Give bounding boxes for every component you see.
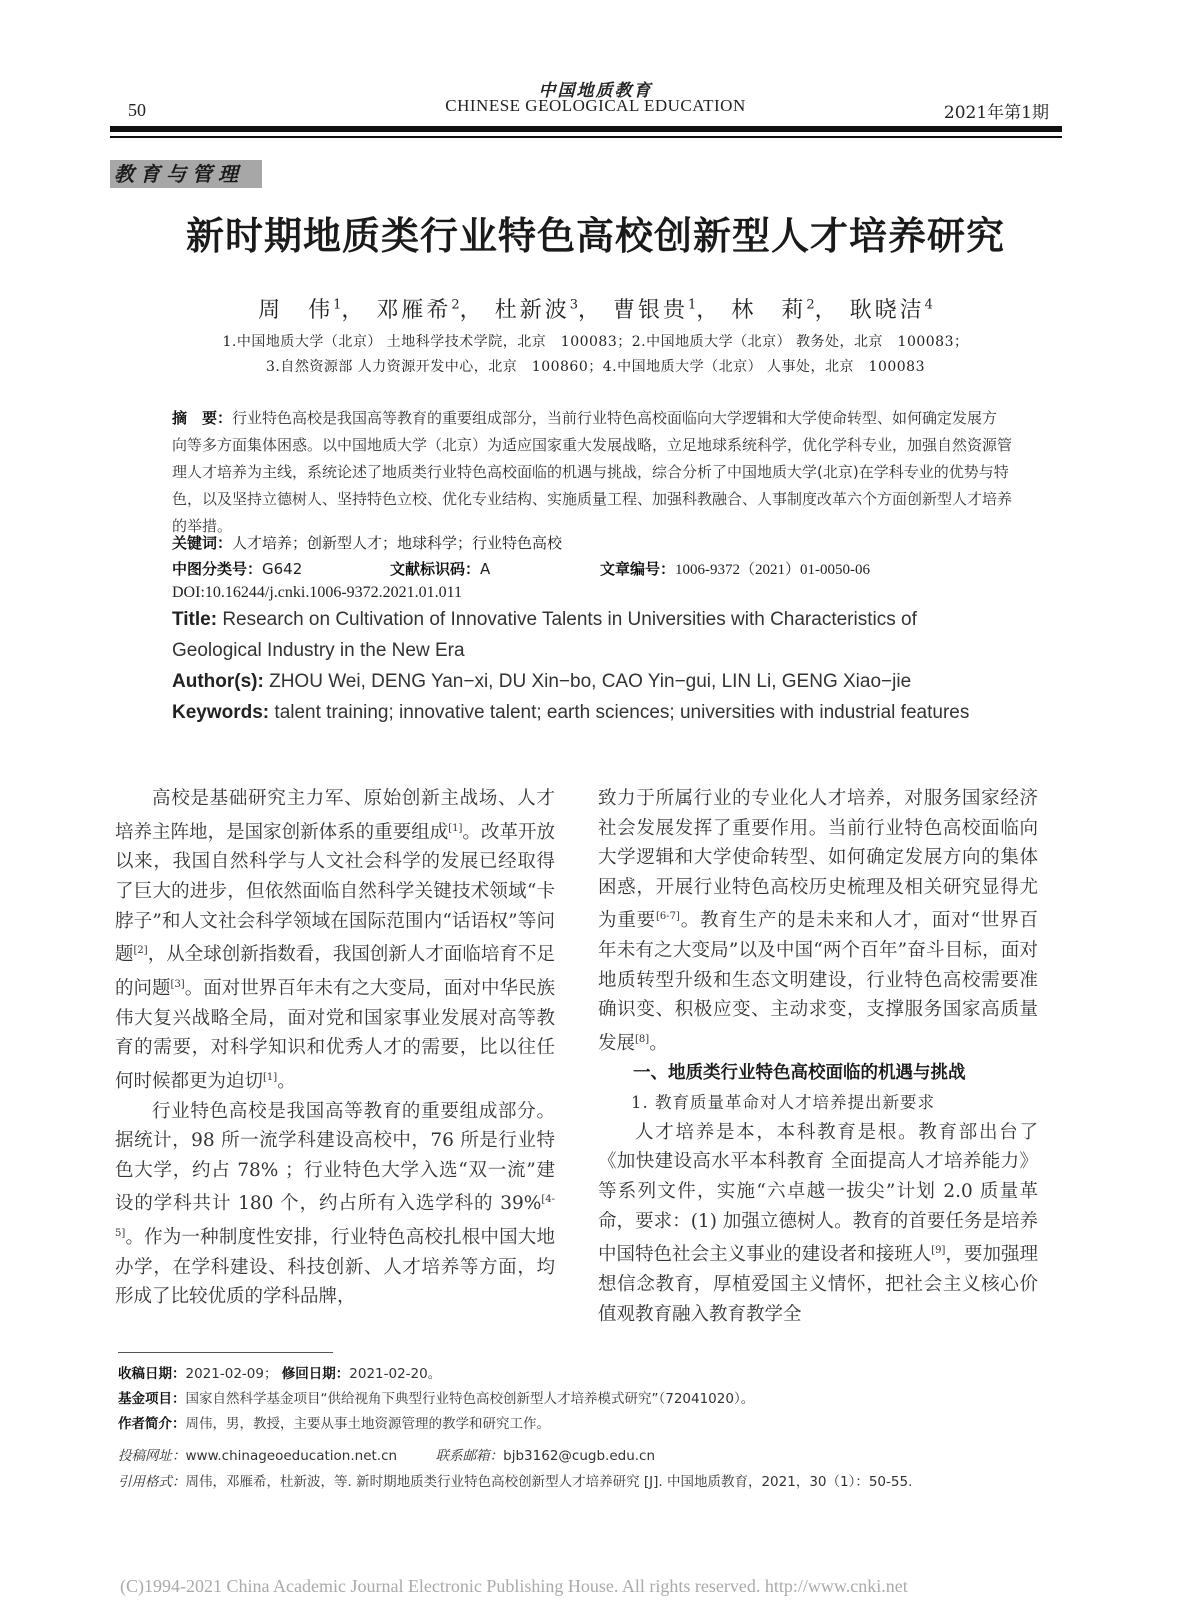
citation: [1] — [263, 1072, 277, 1083]
article-number: 文章编号：1006-9372（2021）01-0050-06 — [600, 558, 870, 579]
body-column-left: 高校是基础研究主力军、原始创新主战场、人才培养主阵地，是国家创新体系的重要组成[… — [115, 784, 555, 1312]
page-title: 新时期地质类行业特色高校创新型人才培养研究 — [0, 205, 1191, 260]
cite-label: 引用格式： — [118, 1474, 186, 1490]
english-keywords-label: Keywords: — [172, 702, 269, 723]
author-affil-sup: 2 — [806, 298, 814, 313]
english-authors: Author(s): ZHOU Wei, DENG Yan−xi, DU Xin… — [172, 666, 1002, 697]
abstract-label: 摘 要： — [172, 409, 232, 427]
citation: [9] — [931, 1245, 945, 1256]
website-label: 投稿网址： — [118, 1448, 186, 1464]
keywords-text: 人才培养；创新型人才；地球科学；行业特色高校 — [232, 534, 562, 552]
fund-text: 国家自然科学基金项目“供给视角下典型行业特色高校创新型人才培养模式研究”（720… — [186, 1391, 755, 1407]
affiliation-line-2: 3.自然资源部 人力资源开发中心，北京 100860；4.中国地质大学（北京） … — [0, 356, 1191, 376]
page-number: 50 — [128, 100, 146, 121]
fund-footnote: 基金项目：国家自然科学基金项目“供给视角下典型行业特色高校创新型人才培养模式研究… — [118, 1387, 754, 1407]
subsection-heading: 1. 教育质量革命对人才培养提出新要求 — [598, 1088, 1038, 1118]
paragraph: 高校是基础研究主力军、原始创新主战场、人才培养主阵地，是国家创新体系的重要组成[… — [115, 784, 555, 1097]
citation: [2] — [134, 945, 148, 956]
doc-code-value: A — [480, 560, 490, 578]
section-heading: 一、地质类行业特色高校面临的机遇与挑战 — [598, 1059, 1038, 1089]
cite-text: 周伟，邓雁希，杜新波，等. 新时期地质类行业特色高校创新型人才培养研究 [J].… — [186, 1474, 913, 1490]
email-link[interactable]: bjb3162@cugb.edu.cn — [503, 1448, 655, 1464]
citation: [8] — [635, 1034, 649, 1045]
separator: ， — [578, 298, 603, 323]
document-code: 文献标识码：A — [390, 558, 490, 579]
clc-value: G642 — [262, 560, 302, 578]
revised-label: 修回日期： — [282, 1366, 350, 1382]
fund-label: 基金项目： — [118, 1391, 186, 1407]
citation: [3] — [171, 979, 185, 990]
author-affil-sup: 2 — [451, 298, 459, 313]
author-affil-sup: 3 — [570, 298, 578, 313]
bio-label: 作者简介： — [118, 1416, 186, 1432]
author-affil-sup: 4 — [925, 298, 933, 313]
issue-label: 2021年第1期 — [944, 98, 1049, 123]
revised-date: 2021-02-20。 — [349, 1366, 441, 1382]
bio-text: 周伟，男，教授，主要从事土地资源管理的教学和研究工作。 — [186, 1416, 551, 1432]
english-keywords: Keywords: talent training; innovative ta… — [172, 697, 1002, 728]
website-link[interactable]: www.chinageoeducation.net.cn — [186, 1448, 398, 1464]
english-authors-label: Author(s): — [172, 671, 264, 692]
citation: [1] — [448, 823, 462, 834]
separator: ， — [341, 298, 366, 323]
abstract-text: 行业特色高校是我国高等教育的重要组成部分，当前行业特色高校面临向大学逻辑和大学使… — [172, 409, 1012, 535]
citation-format: 引用格式：周伟，邓雁希，杜新波，等. 新时期地质类行业特色高校创新型人才培养研究… — [118, 1470, 912, 1490]
dates-footnote: 收稿日期：2021-02-09； 修回日期：2021-02-20。 — [118, 1362, 441, 1382]
section-tag: 教育与管理 — [110, 160, 262, 188]
english-keywords-text: talent training; innovative talent; eart… — [269, 702, 969, 723]
keywords-label: 关键词： — [172, 534, 232, 552]
separator: ， — [815, 298, 840, 323]
english-title-text: Research on Cultivation of Innovative Ta… — [172, 609, 917, 661]
footnote-divider — [118, 1352, 333, 1353]
separator: ， — [460, 298, 485, 323]
clc-number: 中图分类号：G642 — [172, 558, 302, 579]
header-rule-thin — [110, 136, 1062, 138]
author: 耿晓洁 — [850, 298, 925, 323]
received-label: 收稿日期： — [118, 1366, 186, 1382]
body-column-right: 致力于所属行业的专业化人才培养，对服务国家经济社会发展发挥了重要作用。当前行业特… — [598, 784, 1038, 1329]
english-authors-text: ZHOU Wei, DENG Yan−xi, DU Xin−bo, CAO Yi… — [264, 671, 911, 692]
paragraph: 致力于所属行业的专业化人才培养，对服务国家经济社会发展发挥了重要作用。当前行业特… — [598, 784, 1038, 1059]
paragraph: 行业特色高校是我国高等教育的重要组成部分。据统计，98 所一流学科建设高校中，7… — [115, 1097, 555, 1312]
english-title-label: Title: — [172, 609, 217, 630]
author: 曹银贵 — [613, 298, 688, 323]
clc-label: 中图分类号： — [172, 560, 262, 578]
received-date: 2021-02-09； — [186, 1366, 278, 1382]
author-list: 周 伟1， 邓雁希2， 杜新波3， 曹银贵1， 林 莉2， 耿晓洁4 — [0, 293, 1191, 324]
author: 邓雁希 — [376, 298, 451, 323]
keywords-cn: 关键词：人才培养；创新型人才；地球科学；行业特色高校 — [172, 532, 562, 553]
affiliation-line-1: 1.中国地质大学（北京） 土地科学技术学院，北京 100083；2.中国地质大学… — [0, 331, 1191, 351]
citation: [6-7] — [656, 911, 680, 922]
author: 林 莉 — [731, 298, 806, 323]
author: 周 伟 — [258, 298, 333, 323]
contact-footnote: 投稿网址：www.chinageoeducation.net.cn 联系邮箱：b… — [118, 1444, 655, 1464]
english-title: Title: Research on Cultivation of Innova… — [172, 604, 1002, 666]
doi: DOI:10.16244/j.cnki.1006-9372.2021.01.01… — [172, 584, 462, 602]
article-no-label: 文章编号： — [600, 560, 675, 578]
abstract: 摘 要：行业特色高校是我国高等教育的重要组成部分，当前行业特色高校面临向大学逻辑… — [172, 405, 1012, 540]
bio-footnote: 作者简介：周伟，男，教授，主要从事土地资源管理的教学和研究工作。 — [118, 1412, 550, 1432]
author: 杜新波 — [495, 298, 570, 323]
doc-code-label: 文献标识码： — [390, 560, 480, 578]
separator: ， — [696, 298, 721, 323]
email-label: 联系邮箱： — [436, 1448, 504, 1464]
copyright-notice: (C)1994-2021 China Academic Journal Elec… — [120, 1576, 908, 1597]
header-rule-thick — [110, 126, 1062, 132]
paragraph: 人才培养是本，本科教育是根。教育部出台了《加快建设高水平本科教育 全面提高人才培… — [598, 1118, 1038, 1329]
article-no-value: 1006-9372（2021）01-0050-06 — [675, 562, 870, 578]
